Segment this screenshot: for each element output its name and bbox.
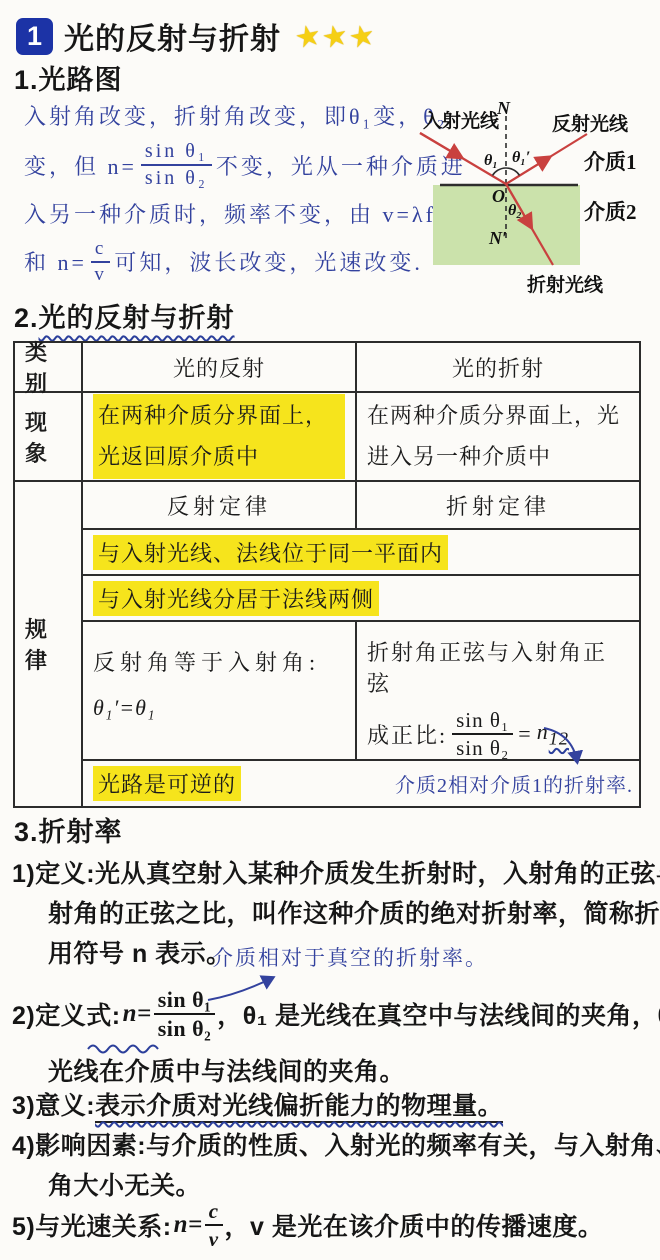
highlighted-text: 在两种介质分界面上，光返回原介质中 (93, 394, 345, 479)
importance-rating: ★ ★ ★ (295, 19, 376, 54)
item5-text: ，v 是光在该介质中的传播速度。 (225, 1207, 604, 1243)
item2-text: ，θ₁ 是光线在真空中与法线间的夹角，θ₂ 是 (217, 996, 660, 1032)
normal-top-label: N (497, 98, 510, 119)
section2-heading: 2.光的反射与折射 (14, 296, 235, 335)
fraction-denominator: v (94, 263, 107, 286)
fraction-denominator: sin θ₂ (145, 166, 208, 190)
item2-line: 光线在介质中与法线间的夹角。 (48, 1052, 405, 1088)
incident-ray-label: 入射光线 (423, 106, 499, 133)
table-header-category: 类别 (15, 343, 83, 393)
incident-ray-arrow (420, 133, 461, 157)
reflection-rule-equation: θ₁′=θ₁ (93, 695, 345, 721)
item1-line: 1)定义:光从真空射入某种介质发生折射时，入射角的正弦与折 (12, 854, 660, 890)
item5-label: 5)与光速关系: (12, 1207, 172, 1243)
fraction-numerator: sin θ₁ (141, 140, 212, 166)
item3-underlined-text: 表示介质对光线偏折能力的物理量。 (95, 1092, 503, 1123)
fraction-denominator: sin θ₂ (158, 1015, 212, 1041)
page-header: 1 光的反射与折射 ★ ★ ★ (16, 14, 376, 58)
light-path-diagram: 入射光线 N 反射光线 θ₁ θ₁′ 介质1 O θ₂ 介质2 N′ 折射光线 (415, 98, 660, 296)
item5-line: 5)与光速关系: n= c v ，v 是光在该介质中的传播速度。 (12, 1196, 603, 1254)
item1-line: 用符号 n 表示。 (48, 934, 232, 970)
theta1-prime-label: θ₁′ (512, 149, 530, 167)
refraction-rule-text: 折射角正弦与入射角正弦 (367, 636, 629, 698)
equals-sign: = (518, 721, 531, 747)
handwritten-line: 变，但 n= sin θ₁ sin θ₂ 不变，光从一种介质进 (24, 140, 466, 190)
reflection-rule-cell: 反射角等于入射角: θ₁′=θ₁ (83, 622, 357, 761)
star-icon: ★ (346, 16, 380, 56)
theta1-label: θ₁ (484, 152, 498, 170)
item4-line: 4)影响因素:与介质的性质、入射光的频率有关，与入射角、折射 (12, 1126, 660, 1162)
fraction: sin θ₁ sin θ₂ (141, 140, 212, 190)
highlighted-text: 与入射光线分居于法线两侧 (93, 581, 379, 616)
handwritten-text: 可知，波长改变，光速改变. (114, 246, 423, 277)
phenomenon-refraction-cell: 在两种介质分界面上，光进入另一种介质中 (357, 393, 639, 482)
section1-heading: 1.光路图 (14, 58, 123, 97)
highlighted-text: 与入射光线、法线位于同一平面内 (93, 535, 448, 570)
handwritten-line: 入射角改变，折射角改变，即θ₁变，θ₂ (24, 100, 447, 131)
medium1-label: 介质1 (584, 146, 637, 176)
fraction-numerator: sin θ₁ (154, 987, 216, 1015)
refraction-law-title: 折射定律 (357, 482, 639, 530)
item1-line: 射角的正弦之比，叫作这种介质的绝对折射率，简称折射率， (48, 894, 660, 930)
theta2-label: θ₂ (508, 202, 522, 220)
normal-bottom-label: N′ (489, 228, 507, 249)
fraction: c v (91, 238, 110, 286)
fraction-denominator: v (209, 1226, 219, 1251)
section-number-badge: 1 (16, 18, 53, 55)
table-header-reflection: 光的反射 (83, 343, 357, 393)
item3-line: 3)意义:表示介质对光线偏折能力的物理量。 (12, 1086, 503, 1122)
fraction-numerator: c (91, 238, 110, 263)
annotation-arrow-n12 (540, 724, 590, 770)
handwritten-text: 和 n= (24, 246, 87, 277)
fraction: sin θ₁ sin θ₂ (452, 708, 513, 760)
fraction-numerator: sin θ₁ (452, 708, 513, 735)
handwritten-text: 变，但 n= (24, 150, 137, 181)
row-label-phenomenon: 现象 (15, 393, 83, 482)
refracted-ray-label: 折射光线 (527, 270, 603, 297)
notes-page: { "header": { "badge": "1", "title": "光的… (0, 0, 660, 1260)
law-common-row: 与入射光线分居于法线两侧 (83, 576, 639, 622)
equation-prefix: 成正比: (367, 719, 447, 750)
highlighted-text: 光路是可逆的 (93, 766, 241, 801)
section3-heading: 3.折射率 (14, 810, 123, 849)
item2-label: 2)定义式: (12, 996, 121, 1032)
reflection-law-title: 反射定律 (83, 482, 357, 530)
item2-lhs: n= (123, 1000, 152, 1028)
reflection-rule-text: 反射角等于入射角: (93, 646, 345, 677)
item3-label: 3)意义: (12, 1092, 95, 1120)
item2-line: 2)定义式: n= sin θ₁ sin θ₂ ，θ₁ 是光线在真空中与法线间的… (12, 984, 660, 1044)
fraction: c v (205, 1199, 223, 1251)
origin-label: O (492, 186, 505, 207)
law-common-row: 与入射光线、法线位于同一平面内 (83, 530, 639, 576)
fraction: sin θ₁ sin θ₂ (154, 987, 216, 1042)
phenomenon-reflection-cell: 在两种介质分界面上，光返回原介质中 (83, 393, 357, 482)
handwritten-margin-note: 介质相对于真空的折射率。 (212, 942, 488, 972)
fraction-numerator: c (205, 1199, 223, 1226)
medium2-label: 介质2 (584, 196, 637, 226)
reflected-ray-label: 反射光线 (552, 109, 628, 136)
handwritten-line: 入另一种介质时，频率不变，由 v=λf (24, 198, 436, 229)
row-label-law: 规律 (15, 482, 83, 806)
fraction-denominator: sin θ₂ (456, 735, 509, 760)
section2-number: 2. (14, 303, 39, 333)
refraction-rule-cell: 折射角正弦与入射角正弦 成正比: sin θ₁ sin θ₂ = n12 (357, 622, 639, 761)
section2-title: 光的反射与折射 (39, 303, 235, 333)
item5-lhs: n= (174, 1211, 203, 1239)
handwritten-line: 和 n= c v 可知，波长改变，光速改变. (24, 238, 423, 286)
table-header-refraction: 光的折射 (357, 343, 639, 393)
handwritten-table-note: 介质2相对介质1的折射率. (395, 769, 633, 798)
page-title: 光的反射与折射 (64, 14, 281, 58)
